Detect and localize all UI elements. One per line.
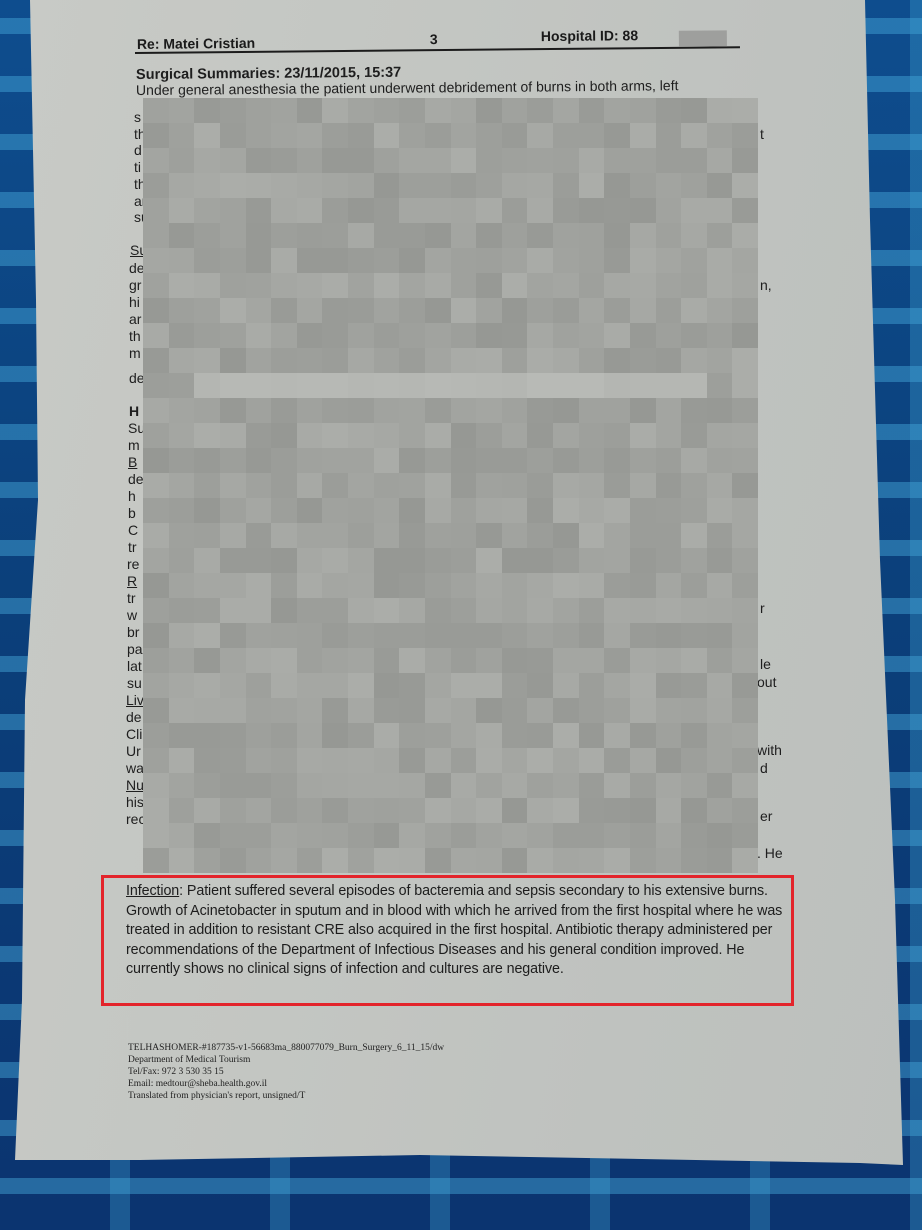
- margin-fragment: d: [134, 142, 142, 158]
- margin-fragment: de: [126, 709, 142, 725]
- footer-line: Tel/Fax: 972 3 530 35 15: [128, 1066, 444, 1078]
- margin-fragment: B: [128, 454, 137, 470]
- margin-fragment: wa: [126, 760, 144, 776]
- margin-fragment: lat: [127, 658, 142, 674]
- margin-fragment: re: [127, 556, 139, 572]
- margin-fragment: tr: [127, 590, 136, 606]
- margin-fragment-right: t: [760, 126, 764, 142]
- margin-fragment: C: [128, 522, 138, 538]
- margin-fragment: gr: [129, 277, 141, 293]
- footer-line: TELHASHOMER-#187735-v1-56683ma_880077079…: [128, 1042, 444, 1054]
- margin-fragment: Nu: [126, 777, 144, 793]
- margin-fragment: m: [129, 345, 141, 361]
- margin-fragment: R: [127, 573, 137, 589]
- footer-line: Department of Medical Tourism: [128, 1054, 444, 1066]
- infection-label: Infection: [126, 883, 179, 899]
- infection-text: : Patient suffered several episodes of b…: [126, 883, 782, 977]
- margin-fragment: tr: [128, 539, 137, 555]
- footer-line: Email: medtour@sheba.health.gov.il: [128, 1078, 444, 1090]
- margin-fragment-right: r: [760, 600, 765, 616]
- margin-fragment-right: n,: [760, 277, 772, 293]
- margin-fragment: su: [127, 675, 142, 691]
- margin-fragment-right: le: [760, 656, 771, 672]
- margin-fragment: b: [128, 505, 136, 521]
- margin-fragment: ar: [129, 311, 141, 327]
- margin-fragment-right: out: [757, 674, 776, 690]
- margin-fragment: m: [128, 437, 140, 453]
- margin-fragment: th: [129, 328, 141, 344]
- document-footer: TELHASHOMER-#187735-v1-56683ma_880077079…: [128, 1042, 444, 1102]
- margin-fragment: pa: [127, 641, 143, 657]
- margin-fragment-right: . He: [757, 845, 783, 861]
- margin-fragment: h: [128, 488, 136, 504]
- margin-fragment: his: [126, 794, 144, 810]
- margin-fragment: Ur: [126, 743, 141, 759]
- margin-fragment: ti: [134, 159, 141, 175]
- margin-fragment: w: [127, 607, 137, 623]
- infection-paragraph: Infection: Patient suffered several epis…: [126, 882, 791, 980]
- hospital-id: Hospital ID: 88: [541, 27, 638, 44]
- margin-fragment: Liv: [126, 692, 144, 708]
- margin-fragment-right: d: [760, 760, 768, 776]
- margin-fragment: hi: [129, 294, 140, 310]
- footer-line: Translated from physician's report, unsi…: [128, 1090, 444, 1102]
- redaction-mosaic: [143, 98, 758, 868]
- margin-fragment: de: [128, 471, 144, 487]
- hospital-id-redaction: [679, 30, 727, 46]
- patient-name: Re: Matei Cristian: [137, 35, 255, 52]
- margin-fragment-right: with: [757, 742, 782, 758]
- margin-fragment-right: er: [760, 808, 772, 824]
- margin-fragment: br: [127, 624, 139, 640]
- margin-fragment: H: [129, 403, 139, 419]
- margin-fragment: Cli: [126, 726, 142, 742]
- margin-fragment: s: [134, 109, 141, 125]
- page-number: 3: [430, 31, 438, 47]
